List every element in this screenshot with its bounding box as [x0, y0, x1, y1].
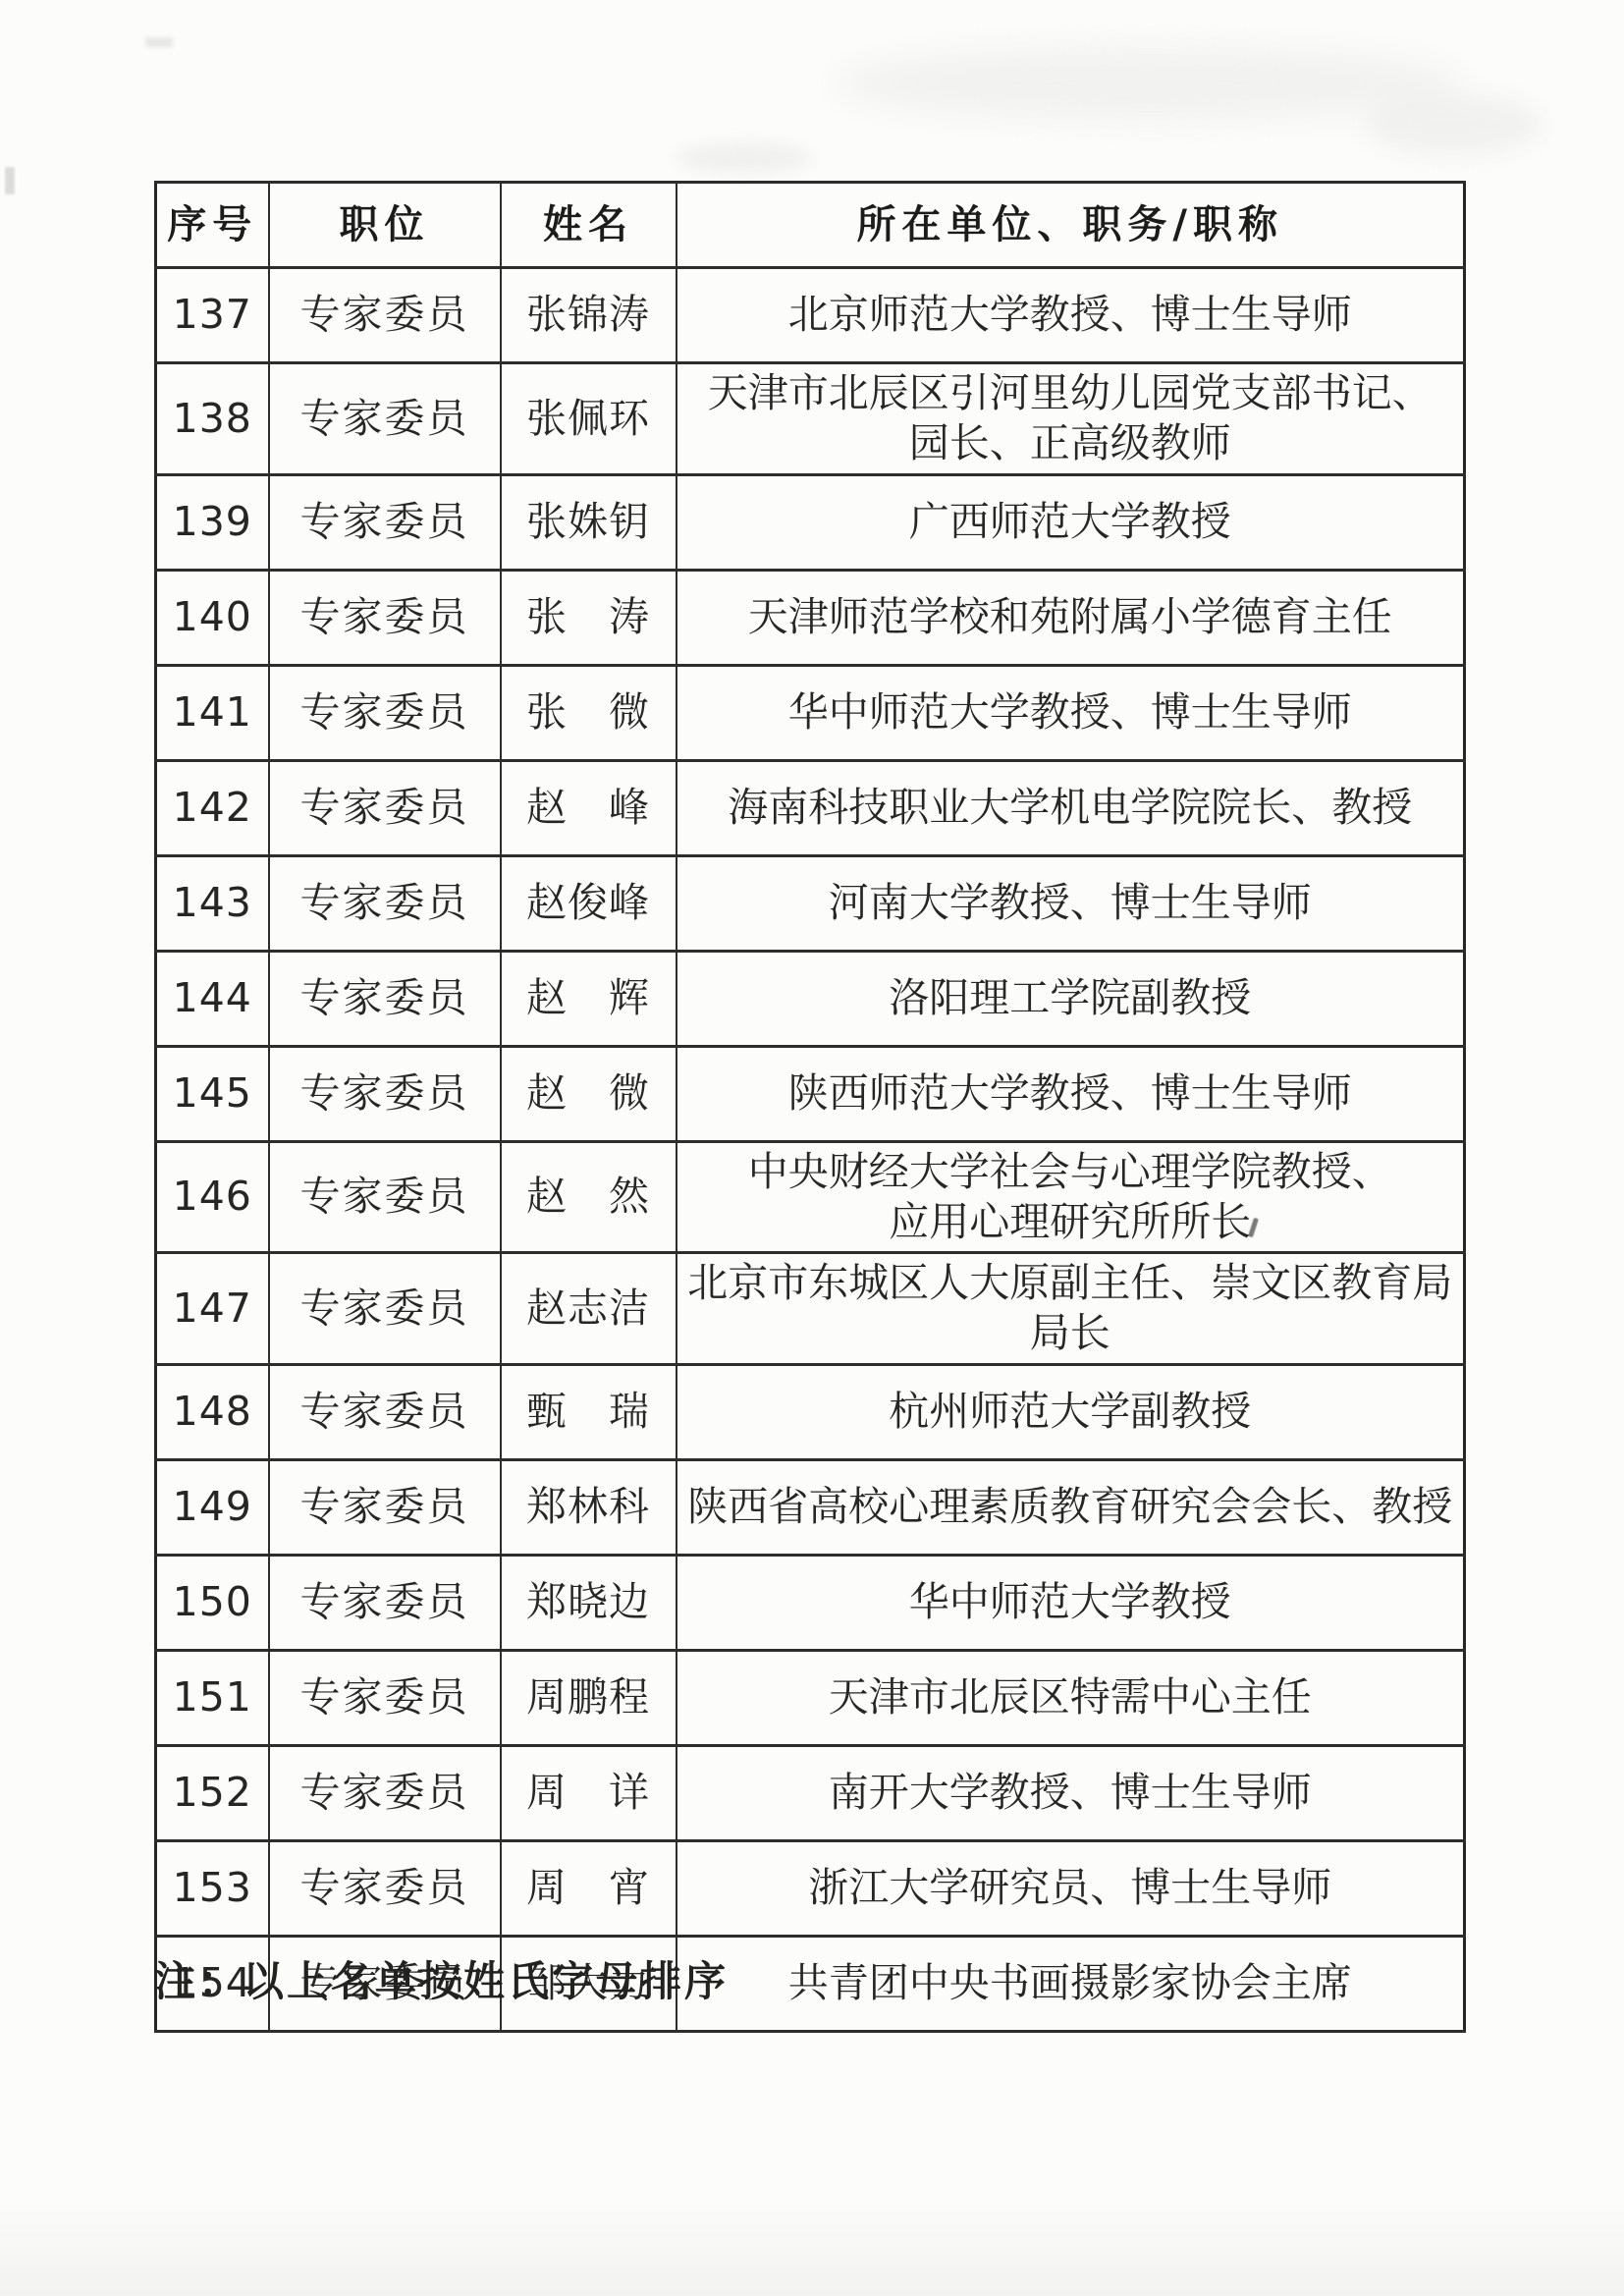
cell-name: 甄 瑞 — [501, 1364, 677, 1459]
cell-serial-number: 148 — [156, 1364, 269, 1459]
header-cell-serial-number: 序号 — [156, 183, 269, 268]
cell-name: 周鹏程 — [501, 1650, 677, 1745]
cell-affiliation: 南开大学教授、博士生导师 — [677, 1745, 1465, 1840]
cell-name: 张 微 — [501, 665, 677, 760]
cell-serial-number: 150 — [156, 1555, 269, 1650]
member-row: 148 专家委员 甄 瑞 杭州师范大学副教授 — [156, 1364, 1465, 1459]
cell-affiliation: 洛阳理工学院副教授 — [677, 951, 1465, 1046]
cell-serial-number: 147 — [156, 1253, 269, 1365]
cell-name: 赵 然 — [501, 1141, 677, 1253]
cell-position: 专家委员 — [269, 665, 501, 760]
member-row: 147 专家委员 赵志洁 北京市东城区人大原副主任、崇文区教育局 局长 — [156, 1253, 1465, 1365]
member-row: 137 专家委员 张锦涛 北京师范大学教授、博士生导师 — [156, 268, 1465, 363]
member-row: 152 专家委员 周 详 南开大学教授、博士生导师 — [156, 1745, 1465, 1840]
cell-position: 专家委员 — [269, 363, 501, 475]
cell-serial-number: 151 — [156, 1650, 269, 1745]
cell-affiliation: 广西师范大学教授 — [677, 474, 1465, 570]
cell-name: 张佩环 — [501, 363, 677, 475]
member-row: 142 专家委员 赵 峰 海南科技职业大学机电学院院长、教授 — [156, 760, 1465, 855]
cell-position: 专家委员 — [269, 1253, 501, 1365]
cell-serial-number: 153 — [156, 1840, 269, 1936]
cell-position: 专家委员 — [269, 1840, 501, 1936]
cell-affiliation: 陕西省高校心理素质教育研究会会长、教授 — [677, 1459, 1465, 1555]
cell-serial-number: 140 — [156, 570, 269, 665]
scan-artifact — [5, 167, 15, 194]
cell-name: 赵志洁 — [501, 1253, 677, 1365]
cell-position: 专家委员 — [269, 570, 501, 665]
scan-artifact — [145, 37, 173, 47]
cell-position: 专家委员 — [269, 474, 501, 570]
cell-serial-number: 139 — [156, 474, 269, 570]
cell-serial-number: 146 — [156, 1141, 269, 1253]
cell-position: 专家委员 — [269, 1141, 501, 1253]
cell-position: 专家委员 — [269, 268, 501, 363]
cell-name: 张姝钥 — [501, 474, 677, 570]
scan-artifact — [676, 143, 813, 173]
member-row: 151 专家委员 周鹏程 天津市北辰区特需中心主任 — [156, 1650, 1465, 1745]
member-row: 146 专家委员 赵 然 中央财经大学社会与心理学院教授、 应用心理研究所所长 — [156, 1141, 1465, 1253]
member-row: 143 专家委员 赵俊峰 河南大学教授、博士生导师 — [156, 855, 1465, 951]
cell-serial-number: 152 — [156, 1745, 269, 1840]
cell-position: 专家委员 — [269, 1650, 501, 1745]
cell-position: 专家委员 — [269, 1046, 501, 1141]
cell-serial-number: 138 — [156, 363, 269, 475]
member-row: 139 专家委员 张姝钥 广西师范大学教授 — [156, 474, 1465, 570]
cell-affiliation: 华中师范大学教授、博士生导师 — [677, 665, 1465, 760]
member-row: 149 专家委员 郑林科 陕西省高校心理素质教育研究会会长、教授 — [156, 1459, 1465, 1555]
scanned-document-page: 序号 职位 姓名 所在单位、职务/职称 137 专家委员 张锦涛 北京师范大学教… — [0, 0, 1624, 2296]
header-cell-name: 姓名 — [501, 183, 677, 268]
cell-name: 周 宵 — [501, 1840, 677, 1936]
scan-artifact — [0, 2198, 1624, 2296]
cell-affiliation: 浙江大学研究员、博士生导师 — [677, 1840, 1465, 1936]
member-row: 140 专家委员 张 涛 天津师范学校和苑附属小学德育主任 — [156, 570, 1465, 665]
cell-name: 赵俊峰 — [501, 855, 677, 951]
header-cell-position: 职位 — [269, 183, 501, 268]
cell-affiliation: 中央财经大学社会与心理学院教授、 应用心理研究所所长 — [677, 1141, 1465, 1253]
cell-name: 郑晓边 — [501, 1555, 677, 1650]
cell-serial-number: 137 — [156, 268, 269, 363]
header-cell-affiliation: 所在单位、职务/职称 — [677, 183, 1465, 268]
cell-serial-number: 149 — [156, 1459, 269, 1555]
cell-name: 郑林科 — [501, 1459, 677, 1555]
cell-affiliation: 天津市北辰区特需中心主任 — [677, 1650, 1465, 1745]
cell-position: 专家委员 — [269, 1364, 501, 1459]
cell-affiliation: 海南科技职业大学机电学院院长、教授 — [677, 760, 1465, 855]
member-row: 144 专家委员 赵 辉 洛阳理工学院副教授 — [156, 951, 1465, 1046]
cell-name: 赵 辉 — [501, 951, 677, 1046]
member-row: 145 专家委员 赵 微 陕西师范大学教授、博士生导师 — [156, 1046, 1465, 1141]
scan-artifact — [835, 47, 1463, 120]
cell-affiliation: 杭州师范大学副教授 — [677, 1364, 1465, 1459]
cell-affiliation: 天津师范学校和苑附属小学德育主任 — [677, 570, 1465, 665]
cell-position: 专家委员 — [269, 1555, 501, 1650]
header-row: 序号 职位 姓名 所在单位、职务/职称 — [156, 183, 1465, 268]
member-row: 141 专家委员 张 微 华中师范大学教授、博士生导师 — [156, 665, 1465, 760]
cell-position: 专家委员 — [269, 760, 501, 855]
cell-position: 专家委员 — [269, 951, 501, 1046]
cell-name: 赵 峰 — [501, 760, 677, 855]
member-row: 150 专家委员 郑晓边 华中师范大学教授 — [156, 1555, 1465, 1650]
cell-affiliation: 河南大学教授、博士生导师 — [677, 855, 1465, 951]
cell-affiliation: 陕西师范大学教授、博士生导师 — [677, 1046, 1465, 1141]
cell-serial-number: 142 — [156, 760, 269, 855]
cell-serial-number: 144 — [156, 951, 269, 1046]
cell-affiliation: 共青团中央书画摄影家协会主席 — [677, 1936, 1465, 2031]
cell-position: 专家委员 — [269, 1459, 501, 1555]
scan-artifact — [1365, 94, 1542, 155]
cell-name: 周 详 — [501, 1745, 677, 1840]
cell-name: 张锦涛 — [501, 268, 677, 363]
cell-name: 张 涛 — [501, 570, 677, 665]
cell-affiliation: 北京师范大学教授、博士生导师 — [677, 268, 1465, 363]
member-row: 153 专家委员 周 宵 浙江大学研究员、博士生导师 — [156, 1840, 1465, 1936]
cell-serial-number: 141 — [156, 665, 269, 760]
table-header: 序号 职位 姓名 所在单位、职务/职称 — [156, 183, 1465, 268]
cell-affiliation: 北京市东城区人大原副主任、崇文区教育局 局长 — [677, 1253, 1465, 1365]
cell-affiliation: 华中师范大学教授 — [677, 1555, 1465, 1650]
cell-affiliation: 天津市北辰区引河里幼儿园党支部书记、 园长、正高级教师 — [677, 363, 1465, 475]
cell-name: 赵 微 — [501, 1046, 677, 1141]
table-body: 137 专家委员 张锦涛 北京师范大学教授、博士生导师 138 专家委员 张佩环… — [156, 268, 1465, 2032]
member-row: 138 专家委员 张佩环 天津市北辰区引河里幼儿园党支部书记、 园长、正高级教师 — [156, 363, 1465, 475]
cell-serial-number: 145 — [156, 1046, 269, 1141]
cell-position: 专家委员 — [269, 1745, 501, 1840]
footer-note: 注：以上名单按姓氏字母排序 — [154, 1949, 729, 2008]
cell-position: 专家委员 — [269, 855, 501, 951]
committee-members-table: 序号 职位 姓名 所在单位、职务/职称 137 专家委员 张锦涛 北京师范大学教… — [154, 181, 1466, 2033]
cell-serial-number: 143 — [156, 855, 269, 951]
